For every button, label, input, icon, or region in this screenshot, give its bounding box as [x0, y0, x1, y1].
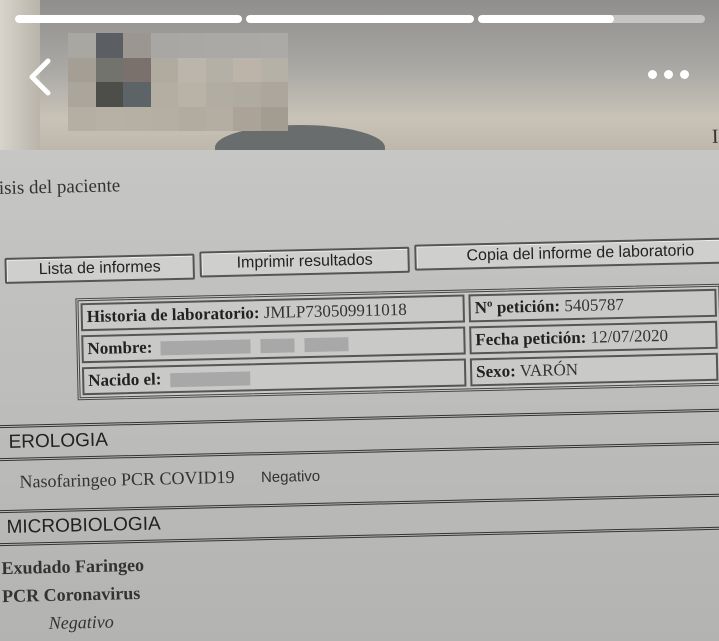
- more-options-button[interactable]: [648, 66, 692, 82]
- corner-text: I: [712, 126, 719, 149]
- nacido-cell: Nacido el:: [82, 358, 467, 395]
- story-progress: [15, 15, 705, 23]
- story-progress-bar-1: [15, 15, 242, 23]
- page-title: isis del paciente: [0, 175, 120, 200]
- lab-report-paper: I isis del paciente Lista de informes Im…: [0, 150, 719, 641]
- back-button[interactable]: [24, 55, 64, 99]
- avatar[interactable]: [68, 33, 288, 131]
- story-progress-bar-3: [478, 15, 705, 23]
- micro-result: Negativo: [49, 612, 114, 634]
- redacted-name: [161, 339, 251, 355]
- redacted-name: [261, 338, 295, 353]
- micro-sample: Exudado Faringeo: [1, 555, 144, 579]
- peticion-cell: Nº petición: 5405787: [468, 289, 717, 323]
- patient-info-table: Historia de laboratorio: JMLP73050991101…: [75, 284, 719, 401]
- chevron-left-icon: [24, 55, 64, 99]
- story-progress-bar-2: [246, 15, 473, 23]
- sexo-value: VARÓN: [520, 360, 579, 380]
- historia-cell: Historia de laboratorio: JMLP73050991101…: [80, 295, 465, 332]
- sexo-cell: Sexo: VARÓN: [470, 353, 719, 387]
- section-serologia: EROLOGIA: [0, 408, 719, 462]
- lista-informes-button[interactable]: Lista de informes: [4, 254, 195, 284]
- more-dot-icon: [664, 70, 673, 79]
- copia-informe-button[interactable]: Copia del informe de laboratorio: [414, 236, 719, 270]
- serologia-row: Nasofaringeo PCR COVID19 Negativo: [19, 465, 320, 493]
- redacted-name: [305, 337, 349, 352]
- imprimir-resultados-button[interactable]: Imprimir resultados: [199, 247, 410, 278]
- historia-value: JMLP730509911018: [264, 300, 407, 322]
- test-name: Nasofaringeo PCR COVID19: [19, 467, 234, 492]
- peticion-value: 5405787: [564, 295, 624, 315]
- redacted-dob: [170, 371, 250, 387]
- micro-test: PCR Coronavirus: [2, 583, 141, 607]
- fecha-value: 12/07/2020: [590, 326, 668, 347]
- more-dot-icon: [680, 70, 689, 79]
- more-dot-icon: [648, 70, 657, 79]
- nombre-cell: Nombre:: [81, 326, 466, 363]
- test-result: Negativo: [261, 468, 321, 486]
- fecha-cell: Fecha petición: 12/07/2020: [469, 321, 718, 355]
- section-microbiologia: MICROBIOLOGIA: [0, 493, 719, 546]
